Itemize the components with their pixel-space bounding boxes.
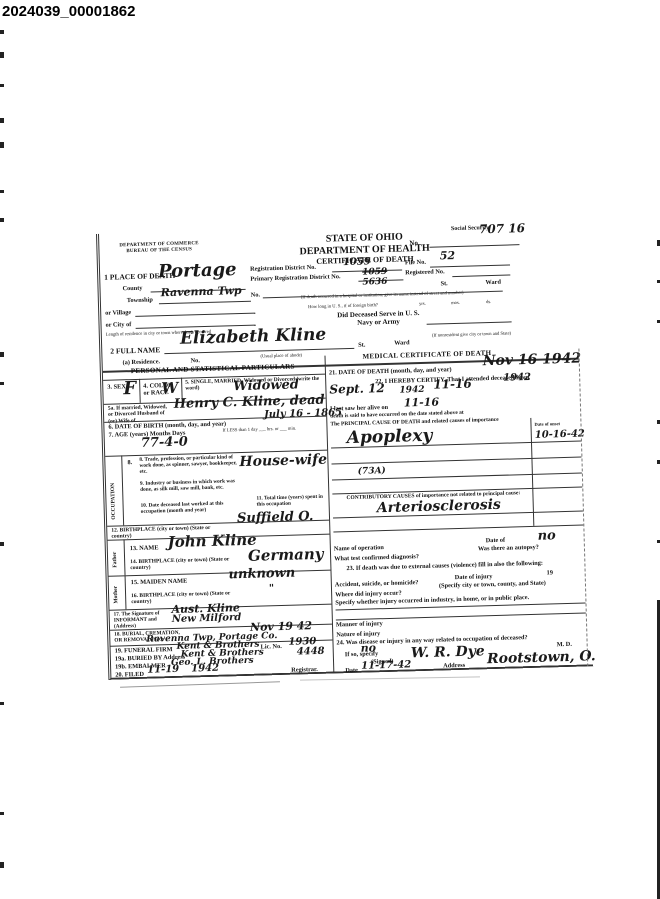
township-label: Township [127, 296, 153, 304]
last-worked-label: 10. Date deceased last worked at this oc… [141, 500, 231, 515]
foreign-mos: mos. [451, 300, 460, 306]
less-than-day-label: If LESS than 1 day ___ hrs. or ___ min. [222, 425, 296, 432]
father-birthplace-label: 14. BIRTHPLACE (city or town) (State or … [130, 556, 240, 572]
onset-label: Date of onset [534, 421, 560, 427]
md-label: M. D. [557, 641, 572, 649]
where-hint: (Specify city or town, county, and State… [439, 580, 546, 590]
injury-date-label: Date of injury [455, 573, 493, 581]
attended-from: Sept. 12 [329, 382, 385, 397]
foreign-yrs: yrs. [419, 301, 426, 306]
city-label: or City of [105, 321, 131, 329]
ward-label: Ward [485, 279, 501, 287]
manner-label: Manner of injury [336, 620, 383, 629]
mother-maiden-value: unknown [228, 567, 295, 584]
census-header: DEPARTMENT OF COMMERCE BUREAU OF THE CEN… [119, 241, 199, 255]
foreign-birth-label: How long in U. S., if of foreign birth? [308, 302, 378, 309]
no-label: No. [251, 291, 260, 298]
registrar-label: Registrar. [291, 666, 318, 674]
primary-district-label: Primary Registration District No. [250, 273, 340, 283]
medical-section-title: MEDICAL CERTIFICATE OF DEATH [362, 349, 491, 361]
scan-edge-right [656, 0, 660, 899]
attended-to: 11-16 [433, 378, 472, 393]
navy-army-label: Did Deceased Serve in U. S. Navy or Army [333, 309, 423, 328]
mother-side-label: Mother [113, 586, 120, 604]
informant-label: 17. The Signature of INFORMANT and (Addr… [114, 610, 174, 630]
file-no-label: File No. [405, 259, 426, 267]
village-label: or Village [105, 309, 131, 317]
filed-year: 1942 [191, 663, 219, 675]
birthplace-value: Suffield O. [237, 510, 314, 527]
sex-value: F [123, 379, 136, 400]
specify-label: If so, specify [345, 650, 379, 658]
filed-value: 11-19 [147, 664, 179, 676]
mother-birthplace-value: " [269, 583, 275, 595]
attended-to-year: 1942 [503, 372, 531, 384]
county-label: County [122, 285, 142, 293]
document-id: 2024039_00001862 [2, 3, 135, 20]
signed-date-label: Date [345, 667, 358, 675]
scan-edge-left [0, 22, 6, 892]
registered-no-label: Registered No. [405, 268, 445, 276]
attended-from-year: 1942 [399, 385, 424, 396]
date-of-death-label: 21. DATE OF DEATH (month, day, and year) [329, 366, 452, 377]
father-birthplace-value: Germany [248, 546, 324, 565]
age-value: 77-4-0 [141, 436, 188, 452]
registration-district-label: Registration District No. [250, 264, 316, 273]
residence-label: (a) Residence. [123, 358, 161, 366]
operation-label: Name of operation [334, 544, 384, 553]
file-no-value: 52 [440, 250, 456, 263]
filed-label: 20. FILED [115, 671, 144, 679]
scan-smudge [300, 676, 480, 680]
test-label: What test confirmed diagnosis? [334, 553, 419, 563]
social-security-no-label: No. [409, 239, 420, 247]
physician-signature: W. R. Dye [411, 643, 485, 661]
father-name-label: 13. NAME [130, 544, 159, 552]
trade-value: House-wife [239, 452, 327, 471]
last-saw-value: 11-16 [404, 396, 440, 410]
informant-address: New Milford [172, 612, 242, 625]
industry-label: 9. Industry or business in which work wa… [140, 478, 240, 493]
physician-address: Rootstown, O. [487, 648, 596, 667]
injury-year-label: 19 [547, 569, 553, 576]
social-security-value: 707 16 [479, 222, 525, 237]
residence-no-label: No. [190, 357, 199, 364]
father-side-label: Father [112, 552, 119, 568]
mother-maiden-label: 15. MAIDEN NAME [131, 578, 188, 587]
onset-value: 10-16-42 [535, 428, 585, 441]
usual-place-label: (Usual place of abode) [260, 352, 302, 358]
operation-date-label: Date of [486, 537, 506, 545]
full-name-st-label: St. [358, 342, 365, 349]
bureau-census-text: BUREAU OF THE CENSUS [119, 247, 199, 255]
full-name-ward-label: Ward [394, 339, 410, 347]
occupation-side-label: OCCUPATION [110, 483, 117, 520]
accident-label: Accident, suicide, or homicide? [335, 579, 419, 589]
autopsy-value: no [537, 529, 556, 544]
color-race-value: W [161, 380, 178, 398]
date-of-death-value: Nov 16 1942 [482, 351, 581, 370]
full-name-label: 2 FULL NAME [110, 346, 160, 356]
scan-smudge [120, 681, 280, 688]
trade-number: 8. [127, 459, 132, 466]
trade-label: 8. Trade, profession, or particular kind… [139, 454, 239, 475]
code-value: (73A) [358, 466, 386, 477]
township-value: Ravenna Twp [161, 285, 242, 300]
st-label: St. [440, 280, 447, 287]
address-label: Address [443, 662, 465, 670]
foreign-ds: ds. [486, 299, 491, 304]
death-certificate: DEPARTMENT OF COMMERCE BUREAU OF THE CEN… [96, 220, 593, 679]
primary-district-value: 5636 [362, 277, 387, 288]
total-time-label: 11. Total time (years) spent in this occ… [256, 494, 326, 508]
autopsy-label: Was there an autopsy? [478, 544, 539, 553]
father-name-value: John Kline [167, 532, 256, 552]
signed-date-value: 11-17-42 [361, 659, 411, 672]
buried-lic-value: 4448 [297, 646, 325, 658]
county-value: Portage [158, 260, 237, 283]
nonresident-note: (If nonresident give city or town and St… [432, 330, 511, 337]
full-name-value: Elizabeth Kline [180, 326, 327, 350]
